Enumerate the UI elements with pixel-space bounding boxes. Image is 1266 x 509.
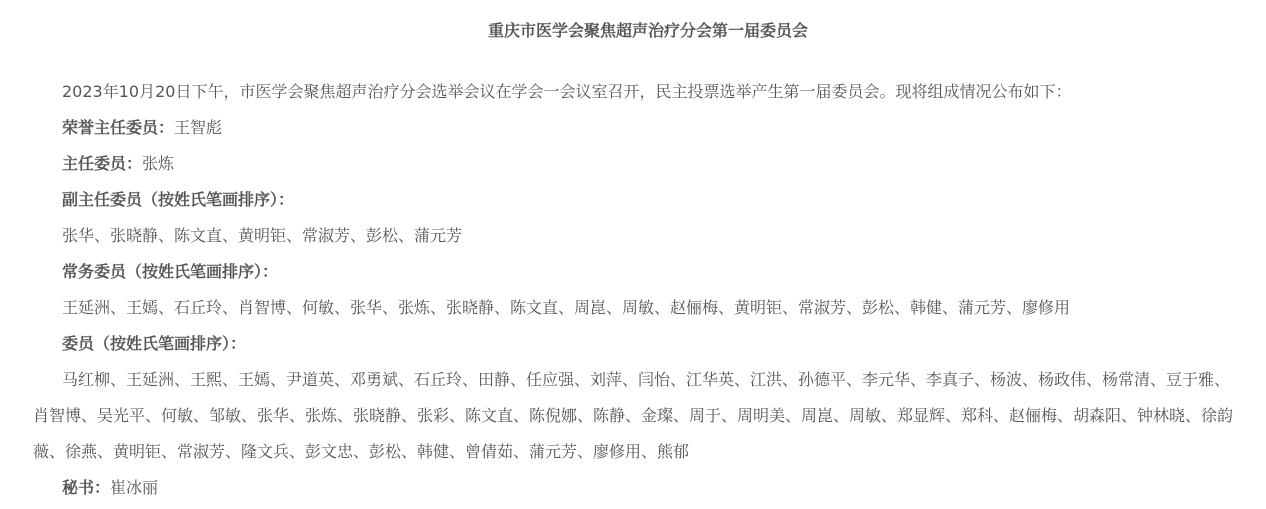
article-title: 重庆市医学会聚焦超声治疗分会第一届委员会: [0, 18, 1266, 44]
members-heading: 委员（按姓氏笔画排序）：: [33, 326, 1238, 362]
chair-name: 张炼: [142, 154, 174, 173]
article-page: 重庆市医学会聚焦超声治疗分会第一届委员会 2023年10月20日下午，市医学会聚…: [0, 0, 1266, 509]
article-body: 2023年10月20日下午，市医学会聚焦超声治疗分会选举会议在学会一会议室召开，…: [33, 74, 1238, 506]
secretary-line: 秘书：崔冰丽: [33, 470, 1238, 506]
standing-members-list: 王延洲、王嫣、石丘玲、肖智博、何敏、张华、张炼、张晓静、陈文直、周崑、周敏、赵俪…: [33, 290, 1238, 326]
secretary-name: 崔冰丽: [110, 478, 158, 497]
honorary-chair-line: 荣誉主任委员：王智彪: [33, 110, 1238, 146]
honorary-chair-label: 荣誉主任委员：: [62, 118, 174, 137]
intro-paragraph: 2023年10月20日下午，市医学会聚焦超声治疗分会选举会议在学会一会议室召开，…: [33, 74, 1238, 110]
standing-members-heading: 常务委员（按姓氏笔画排序）：: [33, 254, 1238, 290]
chair-label: 主任委员：: [62, 154, 142, 173]
vice-chairs-heading: 副主任委员（按姓氏笔画排序）：: [33, 182, 1238, 218]
honorary-chair-name: 王智彪: [174, 118, 222, 137]
vice-chairs-list: 张华、张晓静、陈文直、黄明钜、常淑芳、彭松、蒲元芳: [33, 218, 1238, 254]
chair-line: 主任委员：张炼: [33, 146, 1238, 182]
members-list: 马红柳、王延洲、王熙、王嫣、尹道英、邓勇斌、石丘玲、田静、任应强、刘萍、闫怡、江…: [33, 362, 1238, 470]
secretary-label: 秘书：: [62, 478, 110, 497]
